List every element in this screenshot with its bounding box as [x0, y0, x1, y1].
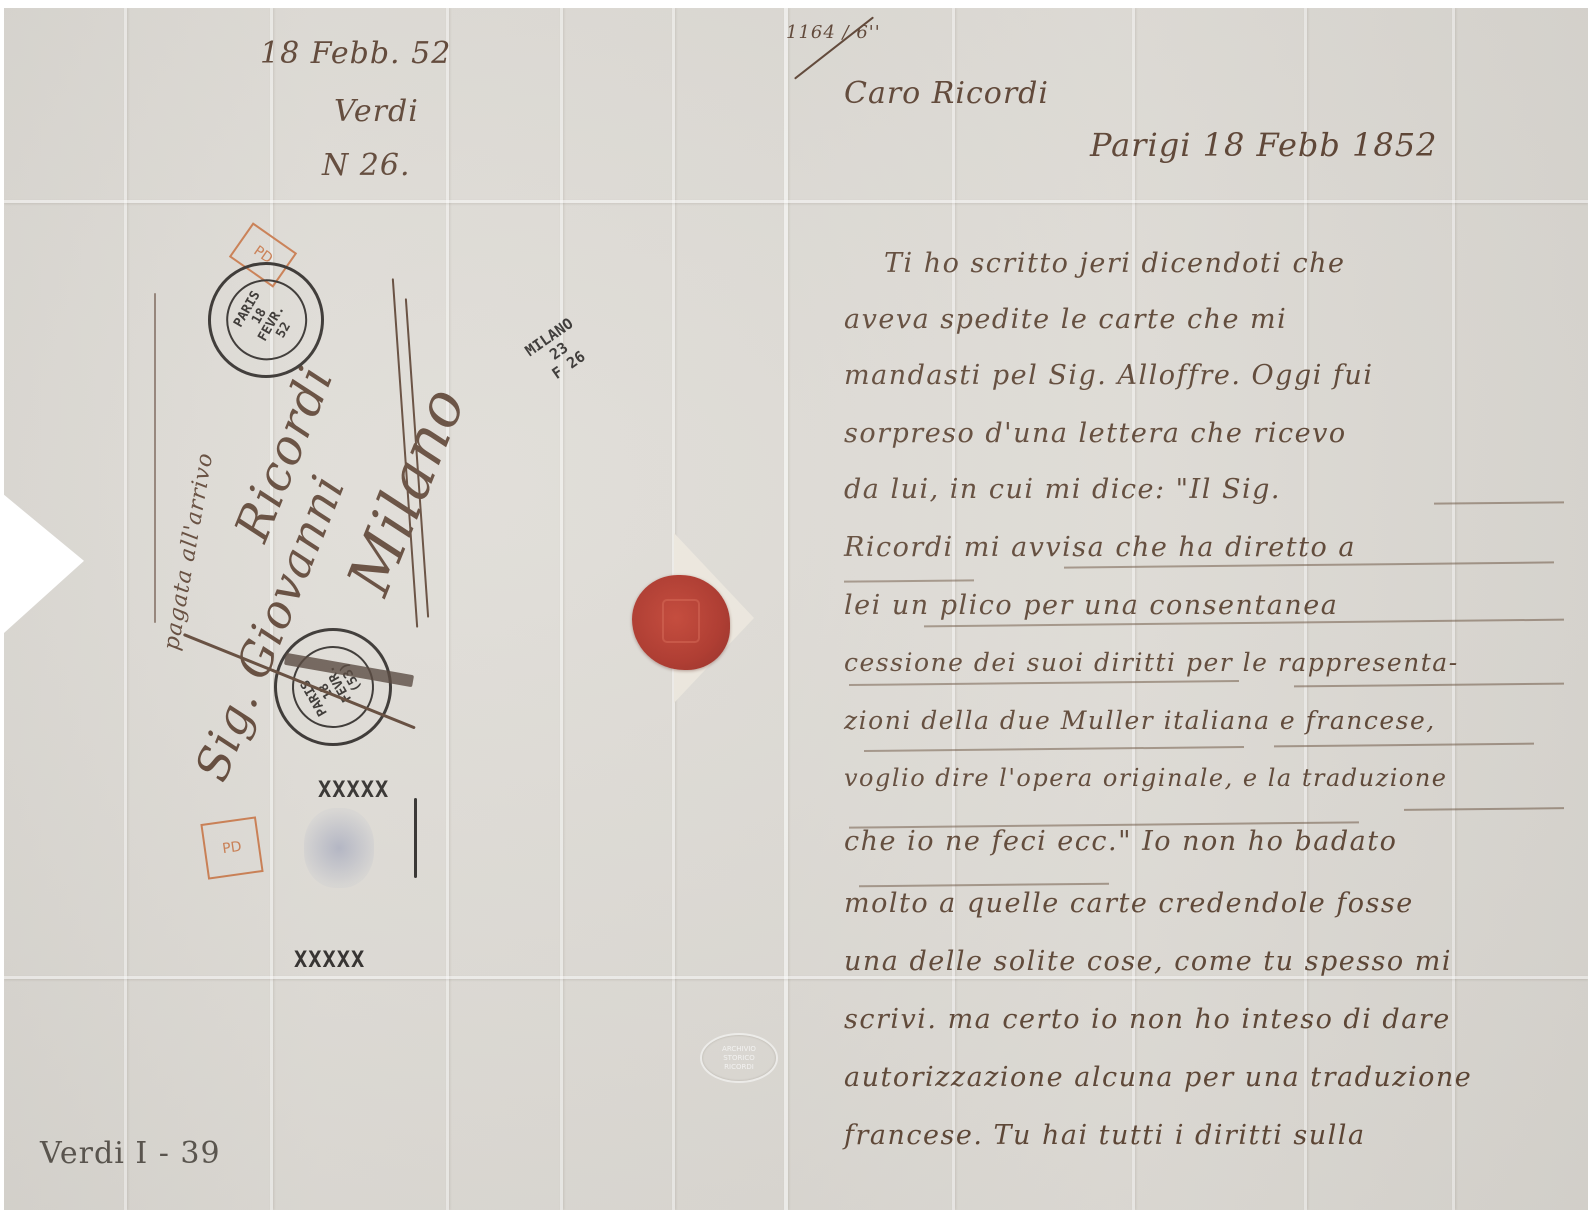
postmark-day: 18: [250, 306, 270, 327]
center-fold: [784, 8, 788, 1210]
reference-number: 1164 / 6'': [786, 22, 881, 43]
postmark-code: (53): [337, 659, 365, 693]
letter-line: voglio dire l'opera originale, e la trad…: [844, 764, 1448, 792]
fold-line: [270, 8, 273, 1210]
milano-postmark: MILANO 23 F 26: [522, 315, 596, 388]
postmark-month: FEVR.: [323, 663, 355, 704]
fold-line: [672, 8, 675, 1210]
underline-mark: [1404, 807, 1564, 811]
letter-line: mandasti pel Sig. Alloffre. Oggi fui: [844, 360, 1373, 391]
fold-line: [124, 8, 127, 1210]
milano-city: MILANO: [522, 315, 576, 360]
place-date: Parigi 18 Febb 1852: [1090, 126, 1437, 164]
underline-mark: [849, 821, 1359, 828]
docket-number: N 26.: [322, 148, 411, 183]
letter-line: scrivi. ma certo io non ho inteso di dar…: [844, 1004, 1451, 1035]
underline-mark: [924, 619, 1564, 628]
address-flourish: [392, 278, 418, 627]
blue-stain: [304, 808, 374, 888]
underline-mark: [864, 746, 1244, 752]
fold-line: [952, 8, 955, 1210]
strike-through-line: [183, 633, 416, 729]
archive-stamp-line: ARCHIVIO: [722, 1045, 756, 1054]
fold-line: [1132, 8, 1135, 1210]
red-box-stamp-upper: PD: [229, 222, 297, 287]
letter-line: zioni della due Muller italiana e france…: [844, 706, 1436, 735]
salutation: Caro Ricordi: [844, 76, 1049, 111]
underline-mark: [844, 579, 974, 582]
letter-line: cessione dei suoi diritti per le rappres…: [844, 648, 1459, 677]
paris-postmark-lower: PARIS 18 FEVR. (53): [252, 606, 413, 767]
ink-smear: [284, 653, 414, 687]
seal-paper-fragment: [624, 533, 774, 703]
paris-postmark-upper: PARIS 18 FEVR. 52: [187, 241, 345, 399]
reference-slash: [794, 16, 874, 79]
underline-mark: [1274, 743, 1534, 748]
underline-mark: [859, 883, 1109, 888]
postmark-year: 52: [274, 320, 294, 341]
red-wax-seal: [632, 575, 730, 670]
underline-mark: [849, 680, 1239, 686]
fold-line: [1304, 8, 1307, 1210]
paper-diamond: [674, 533, 754, 703]
letter-line: Ti ho scritto jeri dicendoti che: [884, 248, 1346, 279]
letter-sheet: 18 Febb. 52 Verdi N 26. pagata all'arriv…: [4, 8, 1588, 1210]
letter-line: molto a quelle carte credendole fosse: [844, 888, 1414, 919]
postmark-city: PARIS: [232, 289, 264, 330]
address-note: pagata all'arrivo: [159, 451, 218, 653]
red-box-stamp-lower: PD: [200, 816, 263, 879]
letter-line: lei un plico per una consentanea: [844, 590, 1338, 621]
address-underline: [154, 293, 156, 623]
address-city: Milano: [334, 377, 480, 604]
letter-line: francese. Tu hai tutti i diritti sulla: [844, 1120, 1366, 1151]
letter-line: sorpreso d'una lettera che ricevo: [844, 418, 1347, 449]
fold-line: [560, 8, 563, 1210]
catalog-note: Verdi I - 39: [40, 1136, 221, 1171]
letter-line: che io ne feci ecc." Io non ho badato: [844, 826, 1397, 857]
milano-day: 23: [532, 329, 586, 374]
address-flourish: [405, 298, 429, 617]
letter-line: una delle solite cose, come tu spesso mi: [844, 946, 1452, 977]
underline-mark: [1434, 501, 1564, 504]
letter-line: autorizzazione alcuna per una traduzione: [844, 1062, 1472, 1093]
docket-date: 18 Febb. 52: [260, 36, 451, 71]
letter-line: aveva spedite le carte che mi: [844, 304, 1287, 335]
tally-marks-lower: XXXXX: [294, 948, 365, 973]
tally-bar: [414, 798, 417, 878]
postmark-day: 18: [317, 680, 337, 701]
fold-line: [4, 976, 1588, 979]
fold-line: [446, 8, 449, 1210]
fold-line: [1452, 8, 1455, 1210]
tally-marks-upper: XXXXX: [318, 778, 389, 803]
seal-imprint: [662, 599, 700, 643]
postmark-city: PARIS: [299, 677, 331, 718]
archive-blind-stamp: ARCHIVIO STORICO RICORDI: [700, 1033, 778, 1083]
postmark-month: FEVR.: [256, 303, 288, 344]
letter-line: da lui, in cui mi dice: "Il Sig.: [844, 474, 1281, 505]
archive-stamp-line: RICORDI: [724, 1063, 754, 1072]
letter-line: Ricordi mi avvisa che ha diretto a: [844, 532, 1356, 563]
fold-line: [4, 200, 1588, 203]
underline-mark: [1064, 561, 1554, 568]
address-recipient-first: Sig. Giovanni: [184, 467, 356, 788]
milano-month: F 26: [542, 343, 596, 388]
address-recipient-last: Ricordi: [224, 358, 345, 549]
docket-name: Verdi: [334, 94, 419, 129]
archive-stamp-line: STORICO: [723, 1054, 755, 1063]
underline-mark: [1294, 683, 1564, 688]
